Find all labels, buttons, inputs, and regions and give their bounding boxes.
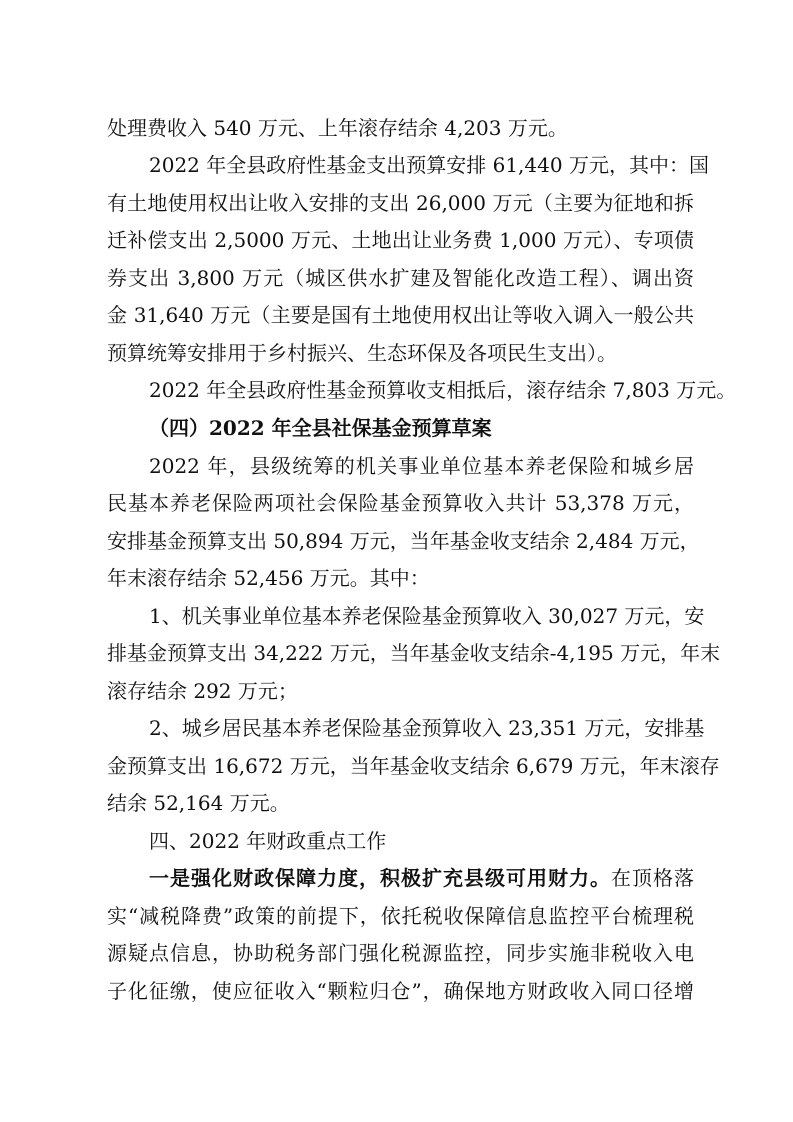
paragraph-line: 金 31,640 万元（主要是国有土地使用权出让等收入调入一般公共 bbox=[107, 300, 694, 330]
paragraph-line: 券支出 3,800 万元（城区供水扩建及智能化改造工程）、调出资 bbox=[107, 263, 694, 293]
paragraph-line: 金预算支出 16,672 万元，当年基金收支结余 6,679 万元，年末滚存 bbox=[107, 751, 694, 781]
paragraph-line: 年末滚存结余 52,456 万元。其中： bbox=[107, 563, 694, 593]
document-page: 处理费收入 540 万元、上年滚存结余 4,203 万元。 2022 年全县政府… bbox=[0, 0, 793, 1122]
paragraph-line: 2022 年全县政府性基金支出预算安排 61,440 万元，其中：国 bbox=[149, 150, 694, 180]
paragraph-line: 实“减税降费”政策的前提下，依托税收保障信息监控平台梳理税 bbox=[107, 901, 694, 931]
paragraph-line: 1、机关事业单位基本养老保险基金预算收入 30,027 万元，安 bbox=[149, 601, 694, 631]
paragraph-line: 预算统筹安排用于乡村振兴、生态环保及各项民生支出）。 bbox=[107, 338, 694, 368]
paragraph-line: 2、城乡居民基本养老保险基金预算收入 23,351 万元，安排基 bbox=[149, 713, 694, 743]
paragraph-line: 排基金预算支出 34,222 万元，当年基金收支结余-4,195 万元，年末 bbox=[107, 638, 694, 668]
paragraph-line: 源疑点信息，协助税务部门强化税源监控，同步实施非税收入电 bbox=[107, 938, 694, 968]
section-heading: 四、2022 年财政重点工作 bbox=[149, 826, 694, 856]
paragraph-line: 迁补偿支出 2,5000 万元、土地出让业务费 1,000 万元）、专项债 bbox=[107, 225, 694, 255]
lead-rest-text: 在顶格落 bbox=[611, 866, 694, 890]
section-heading: （四）2022 年全县社保基金预算草案 bbox=[149, 413, 694, 443]
paragraph-line: 处理费收入 540 万元、上年滚存结余 4,203 万元。 bbox=[107, 113, 694, 143]
paragraph-line: 2022 年全县政府性基金预算收支相抵后，滚存结余 7,803 万元。 bbox=[149, 375, 694, 405]
paragraph-line: 子化征缴，使应征收入“颗粒归仓”，确保地方财政收入同口径增 bbox=[107, 976, 694, 1006]
paragraph-line: 滚存结余 292 万元； bbox=[107, 676, 694, 706]
paragraph-line: 一是强化财政保障力度，积极扩充县级可用财力。在顶格落 bbox=[149, 863, 694, 893]
paragraph-line: 民基本养老保险两项社会保险基金预算收入共计 53,378 万元， bbox=[107, 488, 694, 518]
bold-lead-text: 一是强化财政保障力度，积极扩充县级可用财力。 bbox=[149, 866, 611, 890]
paragraph-line: 安排基金预算支出 50,894 万元，当年基金收支结余 2,484 万元， bbox=[107, 526, 694, 556]
paragraph-line: 2022 年，县级统筹的机关事业单位基本养老保险和城乡居 bbox=[149, 451, 694, 481]
paragraph-line: 有土地使用权出让收入安排的支出 26,000 万元（主要为征地和拆 bbox=[107, 188, 694, 218]
paragraph-line: 结余 52,164 万元。 bbox=[107, 788, 694, 818]
